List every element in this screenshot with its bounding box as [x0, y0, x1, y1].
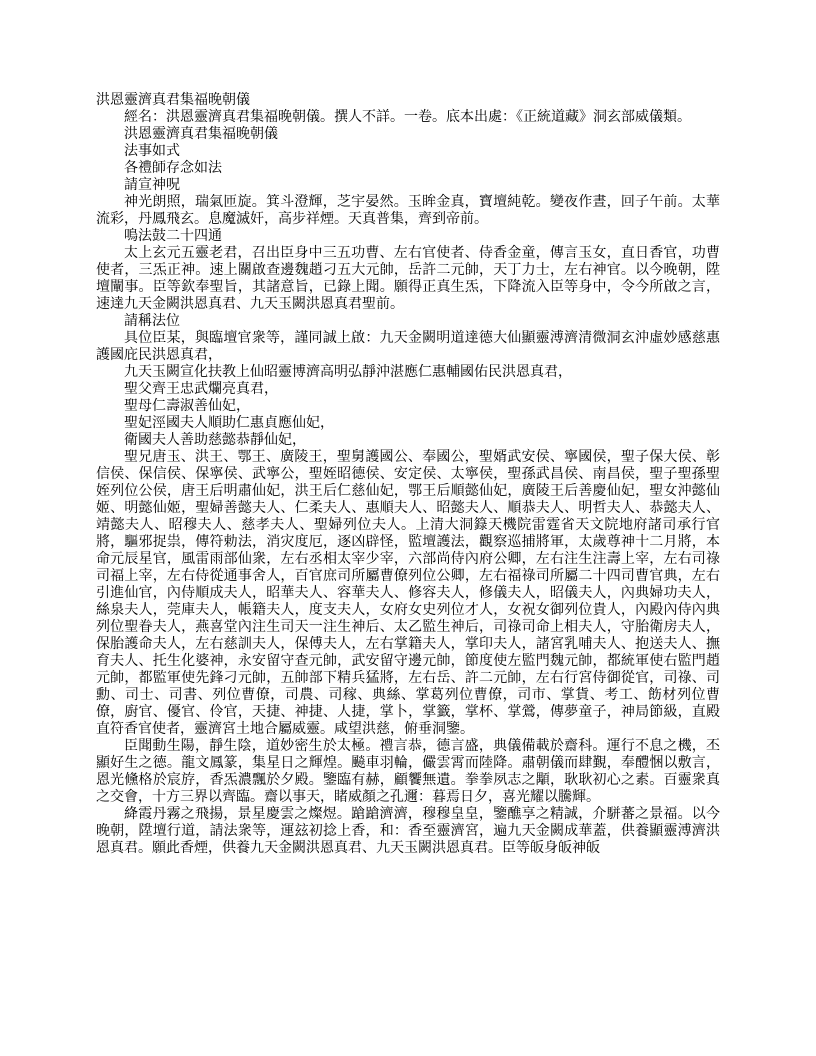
paragraph: 聖妃涇國夫人順助仁惠貞應仙妃， — [96, 415, 720, 432]
paragraph: 聖父齊王忠武爛亮真君， — [96, 381, 720, 398]
paragraph: 絳霞丹霧之飛揚，景星慶雲之燦煜。蹌蹌濟濟，穆穆皇皇，鑒醮享之精誠，介駢蕃之景福。… — [96, 806, 720, 857]
paragraph: 聖兄唐玉、洪王、鄂王、廣陵王，聖舅護國公、奉國公，聖婿武安侯、寧國侯，聖子保大侯… — [96, 449, 720, 738]
paragraph: 洪恩靈濟真君集福晚朝儀 — [96, 126, 720, 143]
paragraph: 九天玉闕宣化扶教上仙昭靈博濟高明弘靜沖湛應仁惠輔國佑民洪恩真君， — [96, 364, 720, 381]
paragraph: 衛國夫人善助慈懿恭靜仙妃， — [96, 432, 720, 449]
document-page: 洪恩靈濟真君集福晚朝儀經名：洪恩靈濟真君集福晚朝儀。撰人不詳。一卷。底本出處：《… — [0, 0, 816, 1056]
paragraph: 臣聞動生陽，靜生陰，道妙密生於太極。禮言恭，德言盛，典儀備載於齋科。運行不息之機… — [96, 738, 720, 806]
paragraph: 鳴法鼓二十四通 — [96, 228, 720, 245]
paragraph: 請宣神呪 — [96, 177, 720, 194]
paragraph: 神光朗照，瑞氣匝旋。箕斗澄輝，芝宇晏然。玉眸金真，寶壇純乾。變夜作晝，回子午前。… — [96, 194, 720, 228]
document-body: 洪恩靈濟真君集福晚朝儀經名：洪恩靈濟真君集福晚朝儀。撰人不詳。一卷。底本出處：《… — [96, 92, 720, 857]
paragraph: 請稱法位 — [96, 313, 720, 330]
paragraph: 法事如式 — [96, 143, 720, 160]
paragraph: 聖母仁壽淑善仙妃， — [96, 398, 720, 415]
paragraph: 各禮師存念如法 — [96, 160, 720, 177]
paragraph: 洪恩靈濟真君集福晚朝儀 — [96, 92, 720, 109]
paragraph: 太上玄元五靈老君，召出臣身中三五功曹、左右官使者、侍香金童，傳言玉女，直日香官，… — [96, 245, 720, 313]
paragraph: 具位臣某，與臨壇官衆等，謹同誠上啟：九天金闕明道達德大仙顯靈溥濟清微洞玄沖虛妙感… — [96, 330, 720, 364]
paragraph: 經名：洪恩靈濟真君集福晚朝儀。撰人不詳。一卷。底本出處：《正統道藏》洞玄部威儀類… — [96, 109, 720, 126]
